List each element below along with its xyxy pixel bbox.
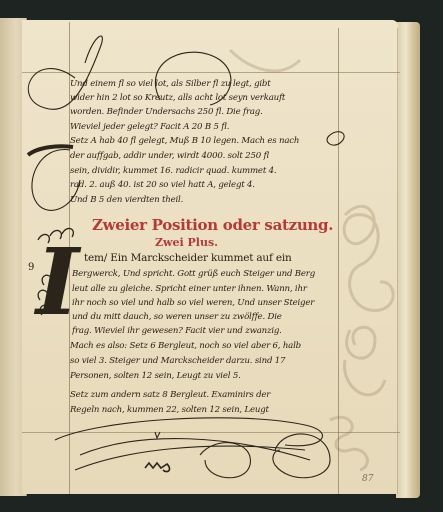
text-line: frag. Wieviel ihr gewesen? Facit vier un…	[72, 324, 347, 339]
text-line: Bergwerck, Und spricht. Gott grüß euch S…	[72, 267, 347, 282]
text-line: Setz zum andern satz 8 Bergleut. Examini…	[70, 388, 345, 403]
text-line: leut alle zu gleiche. Spricht einer unte…	[72, 282, 347, 297]
text-line: und du mitt dauch, so weren unser zu zwö…	[72, 310, 347, 325]
text-line: Mach es also: Setz 6 Bergleut, noch so v…	[70, 339, 345, 354]
text-line: Personen, solten 12 sein, Leugt zu viel …	[70, 369, 345, 384]
text-line: ihr noch so viel und halb so viel weren,…	[72, 296, 347, 311]
text-line-first: tem/ Ein Marckscheider kummet auf ein	[84, 251, 346, 266]
text-line: Regeln nach, kummen 22, solten 12 sein, …	[70, 403, 345, 418]
page-number: 87	[362, 474, 373, 484]
text-line: so viel 3. Steiger und Marckscheider dar…	[70, 354, 345, 369]
